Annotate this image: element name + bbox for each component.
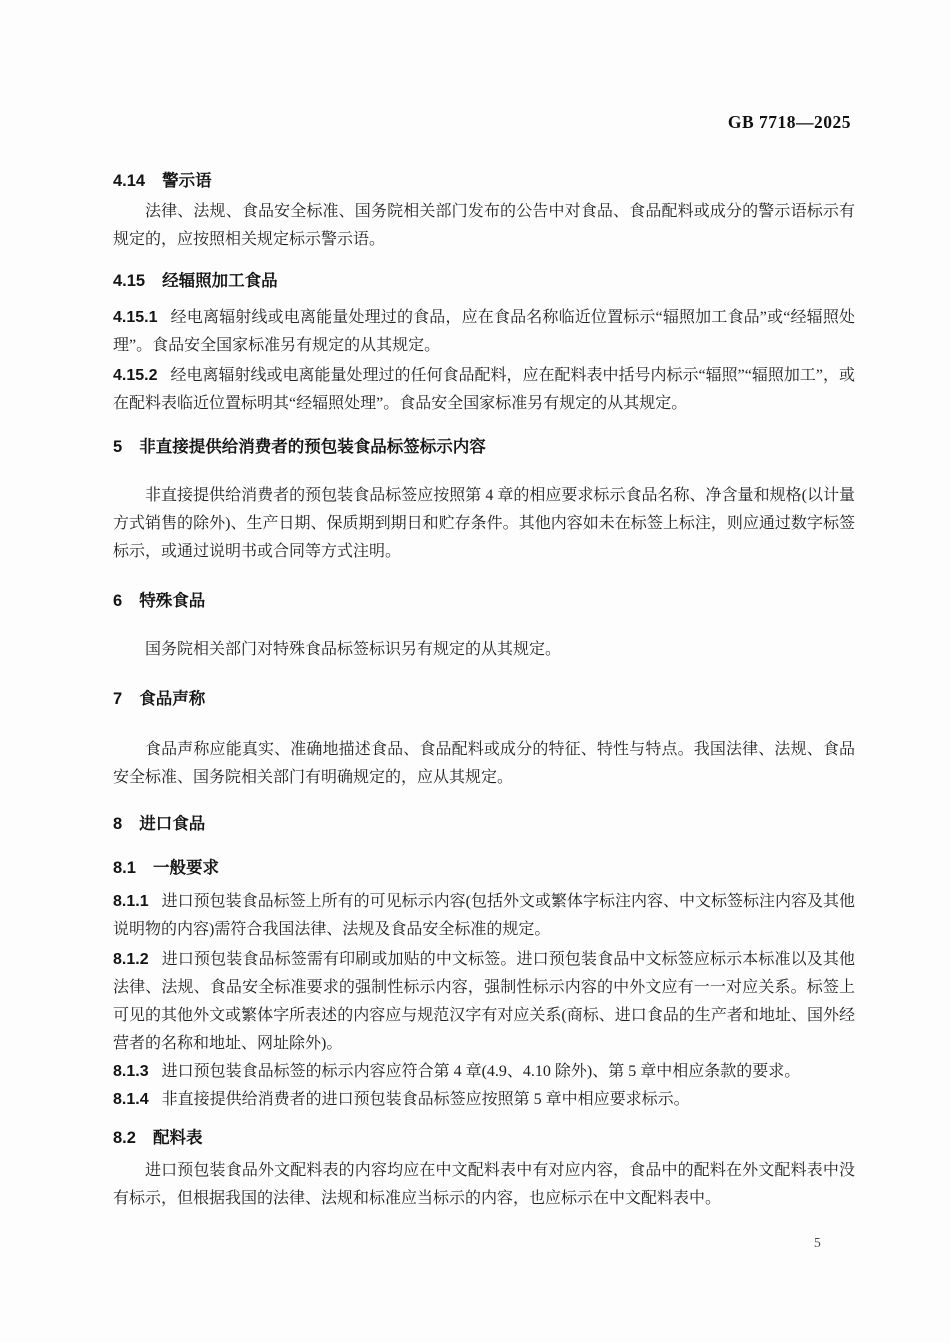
clause-text: 进口预包装食品标签上所有的可见标示内容(包括外文或繁体字标注内容、中文标签标注内…: [113, 893, 855, 938]
heading-number: 5: [113, 436, 122, 458]
heading-4-14: 4.14警示语: [113, 170, 855, 192]
heading-number: 6: [113, 590, 122, 612]
heading-8-1: 8.1一般要求: [113, 857, 855, 879]
heading-title: 一般要求: [153, 859, 219, 877]
heading-8-2: 8.2配料表: [113, 1127, 855, 1149]
clause-number: 4.15.1: [113, 304, 157, 332]
heading-4-15: 4.15经辐照加工食品: [113, 270, 855, 292]
heading-5: 5非直接提供给消费者的预包装食品标签标示内容: [113, 436, 855, 458]
clause-text: 经电离辐射线或电离能量处理过的食品，应在食品名称临近位置标示“辐照加工食品”或“…: [113, 309, 855, 354]
heading-title: 配料表: [153, 1129, 203, 1147]
heading-number: 7: [113, 688, 122, 710]
heading-title: 经辐照加工食品: [162, 272, 278, 290]
heading-number: 4.14: [113, 170, 145, 192]
heading-title: 食品声称: [139, 690, 205, 708]
clause-number: 8.1.3: [113, 1058, 149, 1086]
heading-7: 7食品声称: [113, 688, 855, 710]
clause-number: 8.1.1: [113, 888, 149, 916]
paragraph-8-2: 进口预包装食品外文配料表的内容均应在中文配料表中有对应内容，食品中的配料在外文配…: [113, 1157, 855, 1213]
heading-8: 8进口食品: [113, 813, 855, 835]
clause-8-1-4: 8.1.4非直接提供给消费者的进口预包装食品标签应按照第 5 章中相应要求标示。: [113, 1086, 855, 1114]
document-page: GB 7718—2025 4.14警示语 法律、法规、食品安全标准、国务院相关部…: [0, 0, 950, 1343]
clause-4-15-1: 4.15.1经电离辐射线或电离能量处理过的食品，应在食品名称临近位置标示“辐照加…: [113, 304, 855, 360]
paragraph-4-14: 法律、法规、食品安全标准、国务院相关部门发布的公告中对食品、食品配料或成分的警示…: [113, 198, 855, 254]
heading-number: 8: [113, 813, 122, 835]
clause-text: 非直接提供给消费者的进口预包装食品标签应按照第 5 章中相应要求标示。: [162, 1091, 690, 1108]
heading-number: 8.1: [113, 857, 136, 879]
heading-title: 特殊食品: [139, 592, 205, 610]
clause-number: 8.1.2: [113, 946, 149, 974]
clause-8-1-2: 8.1.2进口预包装食品标签需有印刷或加贴的中文标签。进口预包装食品中文标签应标…: [113, 946, 855, 1058]
paragraph-7: 食品声称应能真实、准确地描述食品、食品配料或成分的特征、特性与特点。我国法律、法…: [113, 736, 855, 792]
page-number: 5: [814, 1235, 821, 1251]
heading-title: 非直接提供给消费者的预包装食品标签标示内容: [139, 438, 486, 456]
heading-number: 8.2: [113, 1127, 136, 1149]
clause-text: 进口预包装食品标签的标示内容应符合第 4 章(4.9、4.10 除外)、第 5 …: [162, 1063, 801, 1080]
clause-number: 4.15.2: [113, 362, 157, 390]
clause-number: 8.1.4: [113, 1086, 149, 1114]
paragraph-5: 非直接提供给消费者的预包装食品标签应按照第 4 章的相应要求标示食品名称、净含量…: [113, 482, 855, 566]
standard-number: GB 7718—2025: [728, 112, 851, 133]
document-body: 4.14警示语 法律、法规、食品安全标准、国务院相关部门发布的公告中对食品、食品…: [113, 160, 855, 1213]
heading-title: 进口食品: [139, 815, 205, 833]
clause-8-1-3: 8.1.3进口预包装食品标签的标示内容应符合第 4 章(4.9、4.10 除外)…: [113, 1058, 855, 1086]
clause-text: 进口预包装食品标签需有印刷或加贴的中文标签。进口预包装食品中文标签应标示本标准以…: [113, 951, 855, 1052]
clause-4-15-2: 4.15.2经电离辐射线或电离能量处理过的任何食品配料，应在配料表中括号内标示“…: [113, 362, 855, 418]
heading-6: 6特殊食品: [113, 590, 855, 612]
paragraph-6: 国务院相关部门对特殊食品标签标识另有规定的从其规定。: [113, 636, 855, 664]
heading-number: 4.15: [113, 270, 145, 292]
clause-text: 经电离辐射线或电离能量处理过的任何食品配料，应在配料表中括号内标示“辐照”“辐照…: [113, 367, 855, 412]
heading-title: 警示语: [162, 172, 212, 190]
clause-8-1-1: 8.1.1进口预包装食品标签上所有的可见标示内容(包括外文或繁体字标注内容、中文…: [113, 888, 855, 944]
